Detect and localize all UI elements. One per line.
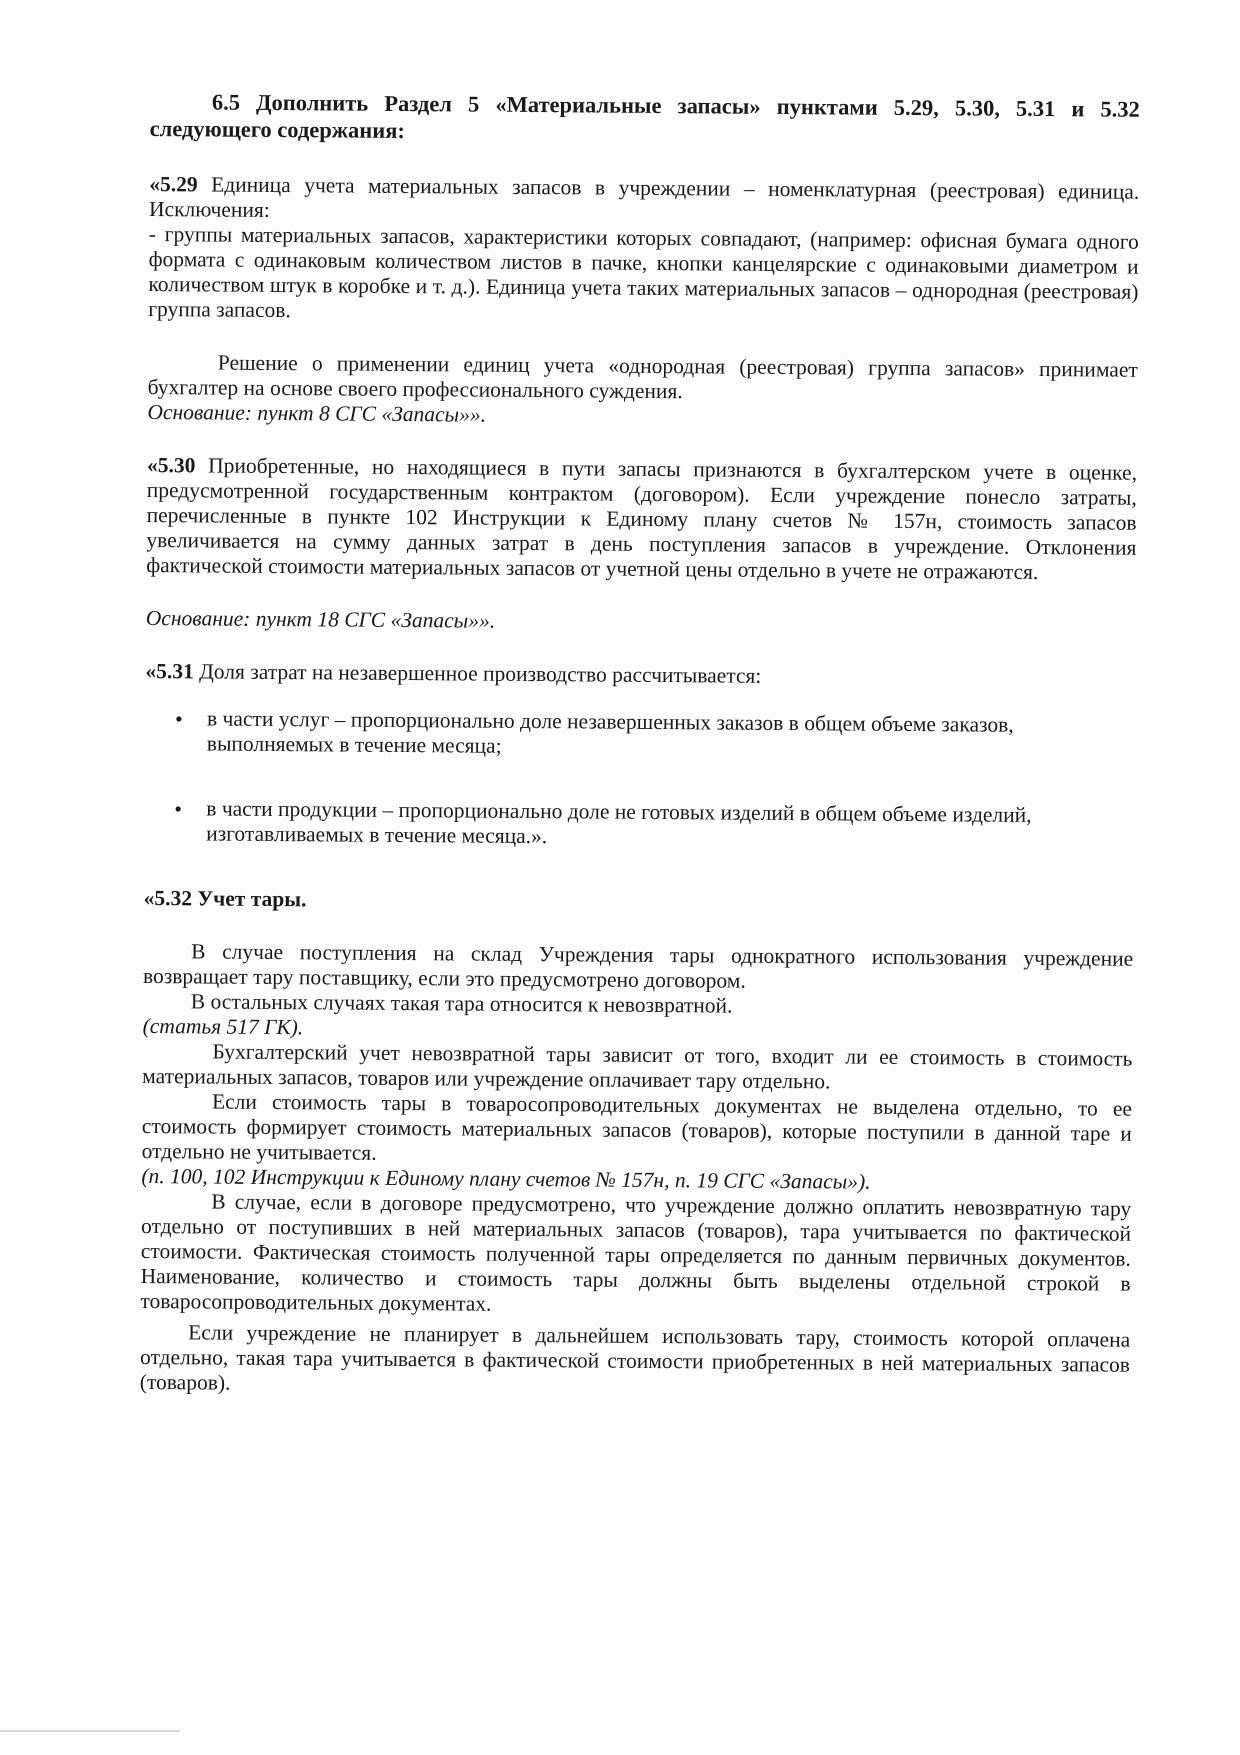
clause-5-29-decision: Решение о применении единиц учета «однор… bbox=[148, 350, 1138, 408]
clause-number: «5.30 bbox=[147, 453, 196, 477]
clause-5-32-p1: В случае поступления на склад Учреждения… bbox=[143, 939, 1133, 997]
clause-5-32-title: «5.32 Учет тары. bbox=[144, 886, 1134, 919]
clause-5-31: «5.31 Доля затрат на незавершенное произ… bbox=[145, 659, 1135, 692]
list-item: в части услуг – пропорционально доле нез… bbox=[207, 706, 1087, 763]
clause-text: Доля затрат на незавершенное производств… bbox=[194, 659, 762, 687]
clause-5-29: «5.29 Единица учета материальных запасов… bbox=[149, 172, 1139, 230]
clause-5-30: «5.30 Приобретенные, но находящиеся в пу… bbox=[146, 453, 1137, 586]
clause-5-32-p5: В случае, если в договоре предусмотрено,… bbox=[140, 1189, 1131, 1322]
clause-number: «5.29 bbox=[149, 172, 198, 196]
clause-5-30-basis: Основание: пункт 18 СГС «Запасы»». bbox=[146, 606, 1136, 639]
clause-5-29-exception: - группы материальных запасов, характери… bbox=[148, 222, 1139, 330]
list-item: в части продукции – пропорционально доле… bbox=[206, 796, 1086, 853]
document-page: 6.5 Дополнить Раздел 5 «Материальные зап… bbox=[140, 88, 1140, 1403]
scan-edge-mark bbox=[0, 1730, 180, 1732]
clause-number: «5.31 bbox=[145, 659, 194, 683]
section-heading: 6.5 Дополнить Раздел 5 «Материальные зап… bbox=[150, 88, 1140, 150]
clause-text: Единица учета материальных запасов в учр… bbox=[149, 172, 1139, 222]
clause-5-31-list: в части услуг – пропорционально доле нез… bbox=[144, 706, 1135, 854]
clause-5-32-p4: Если стоимость тары в товаросопроводител… bbox=[142, 1089, 1133, 1172]
clause-5-32-p3: Бухгалтерский учет невозвратной тары зав… bbox=[142, 1039, 1132, 1097]
clause-5-32-p6: Если учреждение не планирует в дальнейше… bbox=[140, 1320, 1131, 1403]
clause-text: Приобретенные, но находящиеся в пути зап… bbox=[146, 453, 1137, 584]
